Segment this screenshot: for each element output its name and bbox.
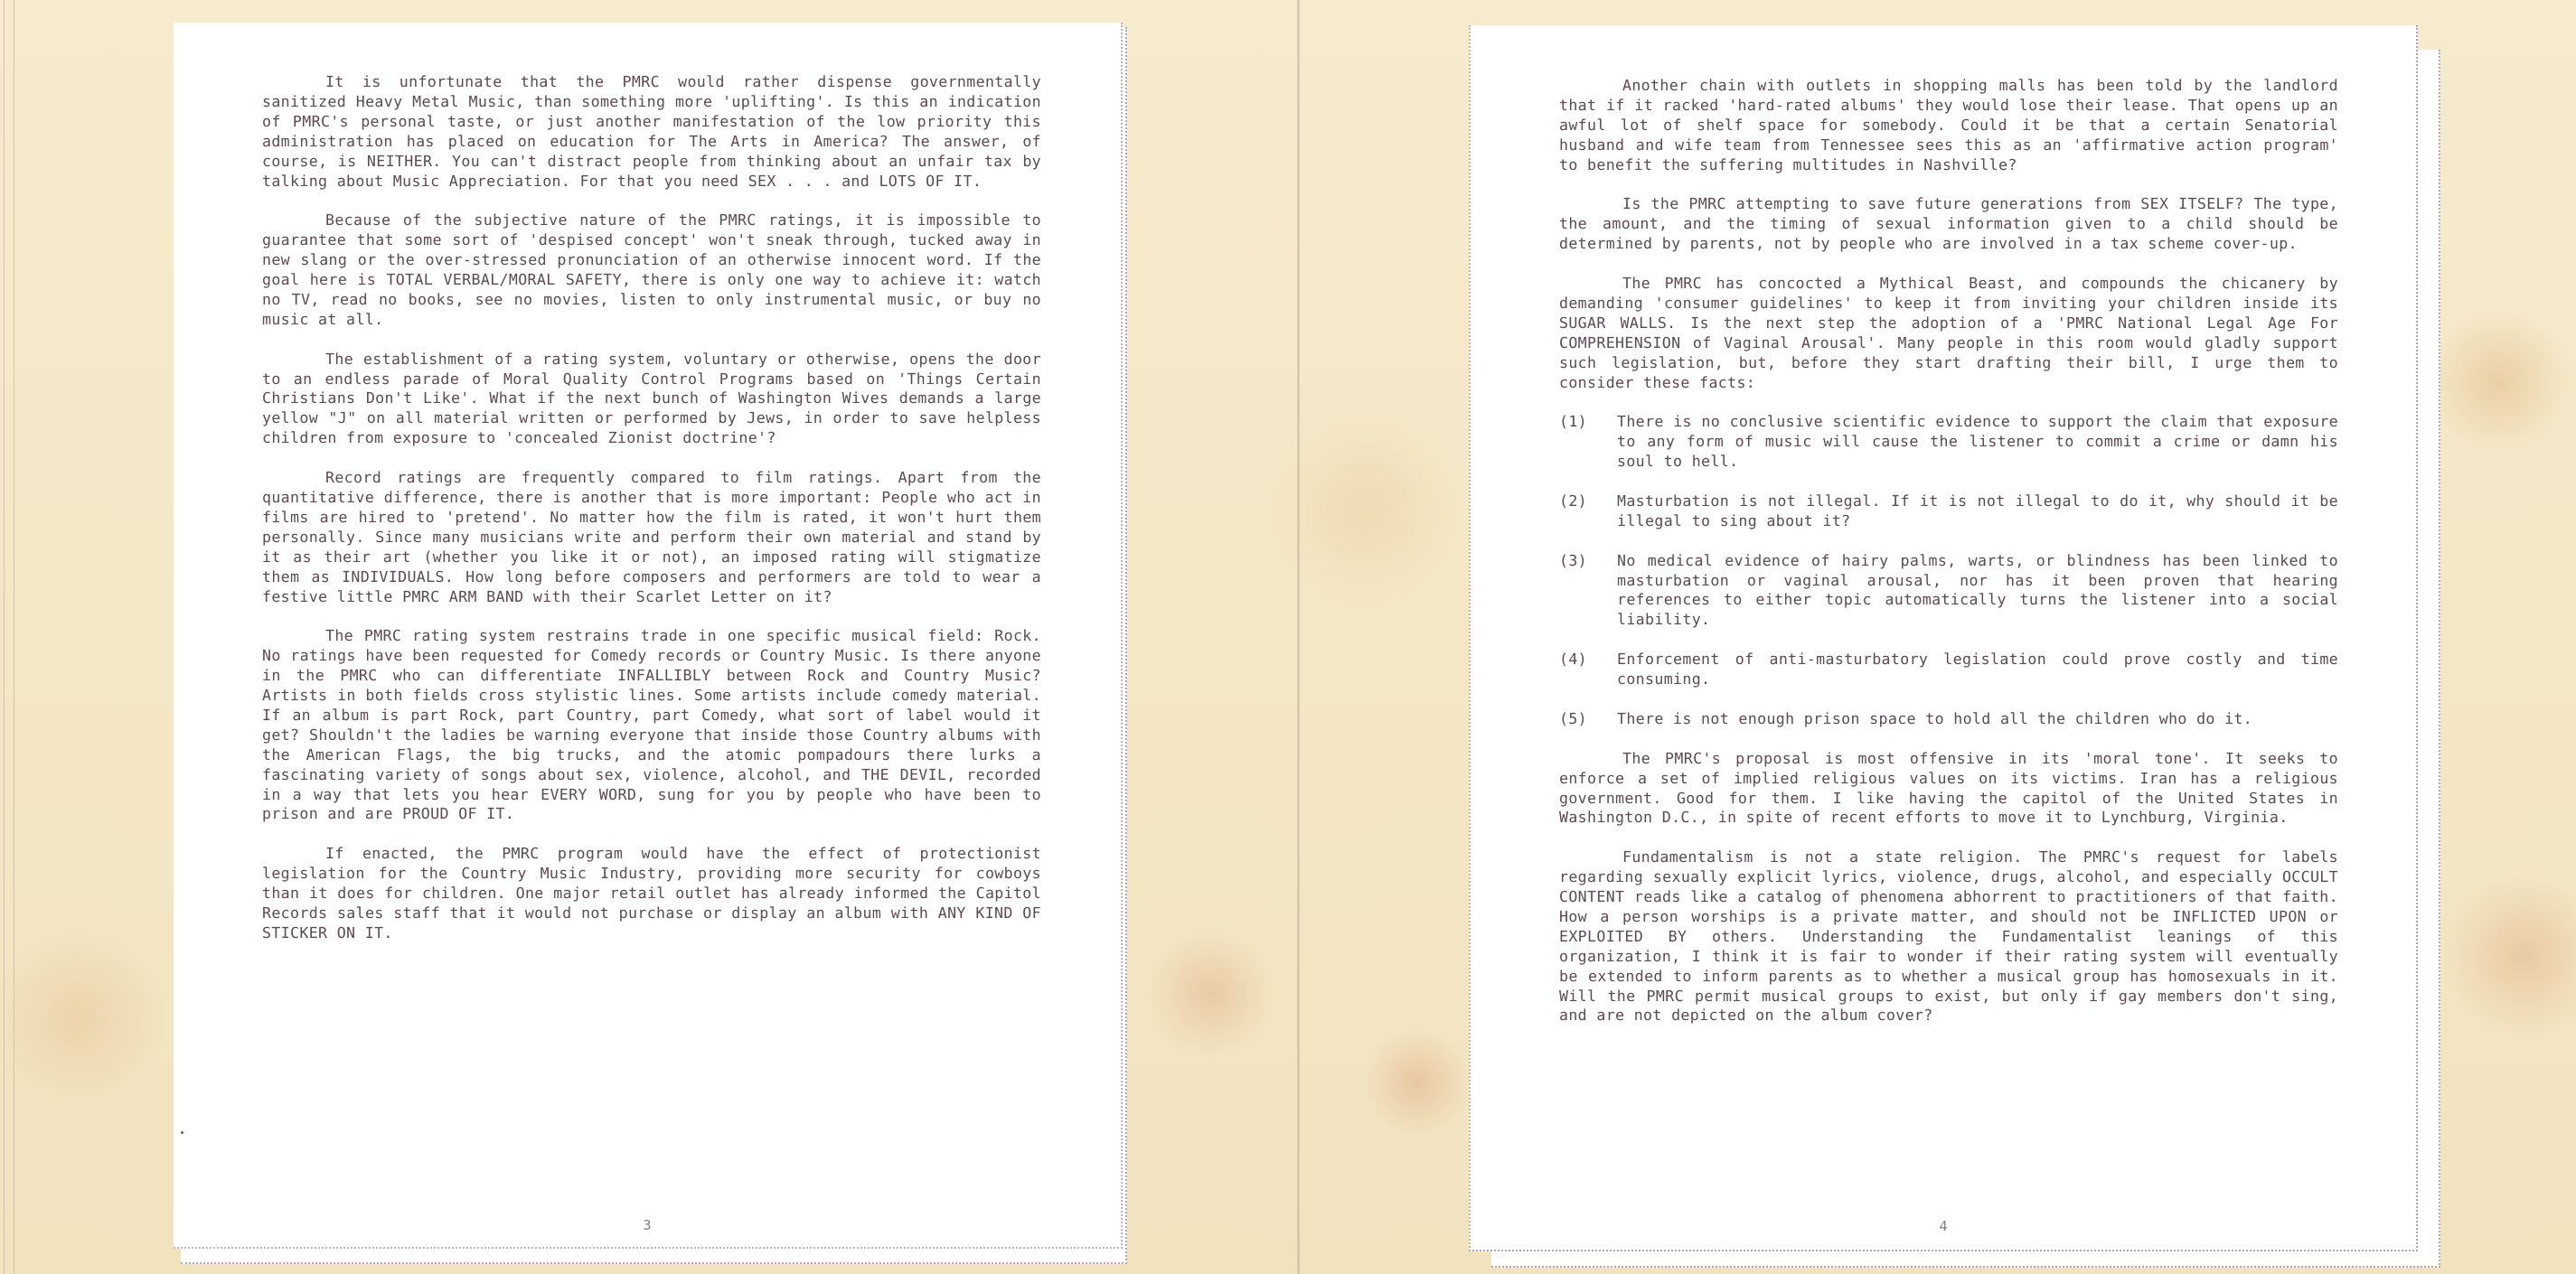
paragraph: Because of the subjective nature of the … (262, 211, 1041, 329)
fact-text: Enforcement of anti-masturbatory legisla… (1617, 650, 2338, 689)
fact-list-item: (4) Enforcement of anti-masturbatory leg… (1559, 650, 2338, 689)
fact-number: (3) (1559, 551, 1617, 631)
fact-list-item: (5) There is not enough prison space to … (1559, 709, 2338, 729)
paragraph: The establishment of a rating system, vo… (262, 350, 1041, 449)
fact-text: There is not enough prison space to hold… (1617, 709, 2338, 729)
page-number: 4 (1471, 1218, 2416, 1234)
paragraph: The PMRC's proposal is most offensive in… (1559, 749, 2338, 829)
binding-edge (4, 0, 14, 1274)
right-page: Another chain with outlets in shopping m… (1469, 25, 2418, 1251)
paragraph: Fundamentalism is not a state religion. … (1559, 848, 2338, 1026)
fact-number: (2) (1559, 492, 1617, 531)
fact-number: (1) (1559, 412, 1617, 472)
fact-number: (5) (1559, 709, 1617, 729)
fact-list-item: (3) No medical evidence of hairy palms, … (1559, 551, 2338, 631)
left-page-body: It is unfortunate that the PMRC would ra… (262, 72, 1041, 963)
page-number: 3 (174, 1217, 1121, 1233)
fact-text: Masturbation is not illegal. If it is no… (1617, 492, 2338, 531)
fact-list-item: (2) Masturbation is not illegal. If it i… (1559, 492, 2338, 531)
paragraph: Record ratings are frequently compared t… (262, 468, 1041, 606)
right-page-body: Another chain with outlets in shopping m… (1559, 76, 2338, 1045)
fact-text: There is no conclusive scientific eviden… (1617, 412, 2338, 472)
paragraph: Is the PMRC attempting to save future ge… (1559, 194, 2338, 254)
fact-number: (4) (1559, 650, 1617, 689)
paragraph: If enacted, the PMRC program would have … (262, 844, 1041, 943)
paragraph: It is unfortunate that the PMRC would ra… (262, 72, 1041, 191)
paragraph: The PMRC has concocted a Mythical Beast,… (1559, 274, 2338, 392)
book-gutter (1297, 0, 1300, 1274)
paragraph: The PMRC rating system restrains trade i… (262, 626, 1041, 824)
fact-text: No medical evidence of hairy palms, wart… (1617, 551, 2338, 631)
paper-speck (181, 1131, 183, 1134)
fact-list-item: (1) There is no conclusive scientific ev… (1559, 412, 2338, 472)
paragraph: Another chain with outlets in shopping m… (1559, 76, 2338, 175)
left-page: It is unfortunate that the PMRC would ra… (174, 23, 1123, 1249)
